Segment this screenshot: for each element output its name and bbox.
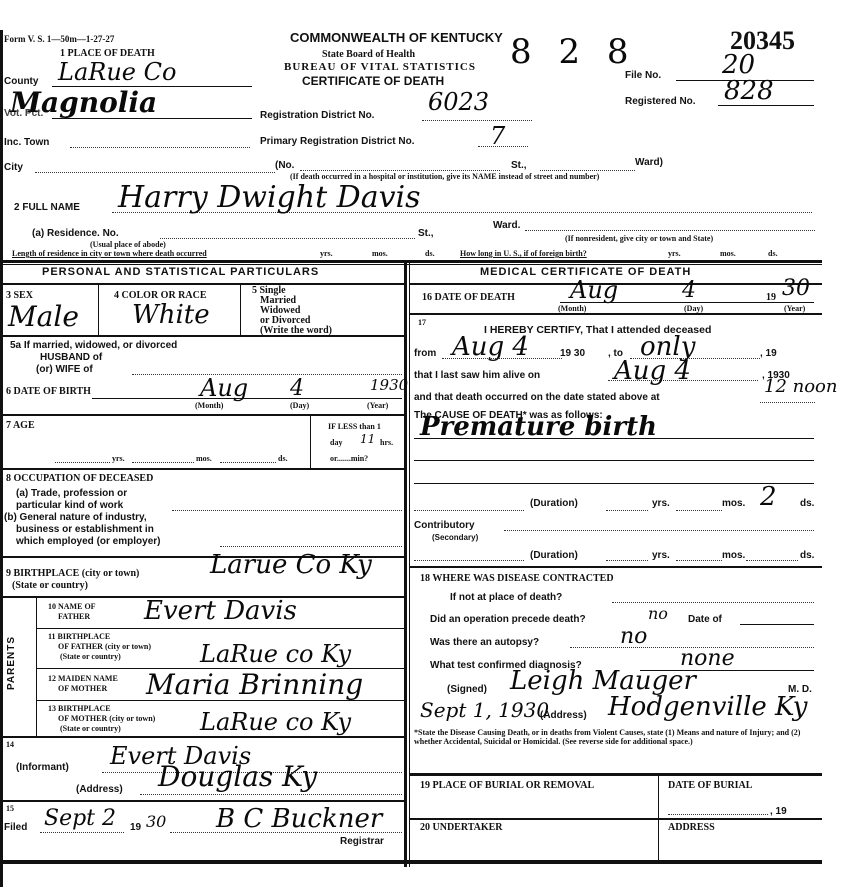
father-birthplace-label-line3: (State or country)	[60, 652, 121, 661]
filed-date-value: Sept 2	[44, 806, 116, 831]
dob-month-caption: (Month)	[195, 401, 223, 410]
race-value: White	[132, 300, 210, 330]
mother-name-label-line2: OF MOTHER	[58, 684, 107, 693]
length-of-residence-label: Length of residence in city or town wher…	[12, 249, 207, 258]
duration-yrs-label: yrs.	[652, 498, 670, 509]
attended-from-label: from	[414, 348, 436, 359]
physician-address-value: Hodgenville Ky	[608, 692, 807, 722]
secondary-duration-label: (Duration)	[530, 550, 578, 561]
age-yrs-label: yrs.	[112, 454, 125, 463]
residence-mos-label: mos.	[372, 249, 388, 258]
secondary-yrs-label: yrs.	[652, 550, 670, 561]
informant-address-value: Douglas Ky	[158, 760, 317, 793]
dob-month-value: Aug	[200, 374, 248, 402]
date-of-death-label: 16 DATE OF DEATH	[422, 292, 515, 303]
burial-year-label: , 19	[770, 806, 787, 817]
inc-town-label: Inc. Town	[4, 137, 49, 148]
birthplace-label: 9 BIRTHPLACE (city or town)	[6, 568, 139, 579]
birthplace-sub-label: (State or country)	[12, 580, 88, 591]
registration-district-value: 6023	[428, 88, 489, 116]
disease-contracted-label: 18 WHERE WAS DISEASE CONTRACTED	[420, 573, 614, 584]
signature-date: Sept 1, 1930	[420, 698, 549, 722]
dob-year-value: 1930	[370, 376, 408, 394]
spouse-label-husband: HUSBAND of	[40, 352, 102, 363]
personal-particulars-heading: PERSONAL AND STATISTICAL PARTICULARS	[42, 266, 319, 278]
father-name-value: Evert Davis	[144, 596, 297, 626]
street-label: St.,	[511, 160, 527, 171]
occupation-b-line2: business or establishment in	[16, 524, 154, 535]
mother-birthplace-label-line2: OF MOTHER (city or town)	[58, 714, 155, 723]
date-of-birth-label: 6 DATE OF BIRTH	[6, 386, 91, 397]
occupation-b-line1: (b) General nature of industry,	[4, 512, 147, 523]
operation-label: Did an operation precede death?	[430, 614, 586, 625]
foreign-birth-label: How long in U. S., if of foreign birth?	[460, 249, 587, 258]
registration-district-label: Registration District No.	[260, 110, 374, 121]
primary-district-label: Primary Registration District No.	[260, 136, 414, 147]
mother-birthplace-label-line1: 13 BIRTHPLACE	[48, 704, 111, 713]
registrar-label: Registrar	[340, 836, 384, 847]
occupation-a-line2: particular kind of work	[16, 500, 123, 511]
undertaker-label: 20 UNDERTAKER	[420, 822, 503, 833]
age-label: 7 AGE	[6, 420, 35, 431]
mother-name-label-line1: 12 MAIDEN NAME	[48, 674, 118, 683]
filed-year-value: 30	[146, 812, 166, 831]
dod-day-value: 4	[682, 278, 696, 303]
residence-label: (a) Residence. No.	[32, 228, 119, 239]
duration-value: 2	[760, 482, 777, 512]
registered-number-label: Registered No.	[625, 96, 696, 107]
not-place-of-death-label: If not at place of death?	[450, 592, 562, 603]
ward-label: Ward)	[635, 157, 663, 168]
secondary-label: (Secondary)	[432, 533, 478, 542]
bureau-name: BUREAU OF VITAL STATISTICS	[284, 61, 476, 73]
cause-of-death-value: Premature birth	[420, 412, 657, 442]
father-birthplace-value: LaRue co Ky	[200, 640, 351, 668]
sex-value: Male	[8, 300, 79, 333]
father-birthplace-label-line2: OF FATHER (city or town)	[58, 642, 151, 651]
handwritten-register-number: 8 2 8	[510, 32, 637, 72]
dod-month-caption: (Month)	[558, 304, 586, 313]
full-name-label: 2 FULL NAME	[14, 202, 80, 213]
section-17-number: 17	[418, 318, 426, 327]
residence-yrs-label: yrs.	[320, 249, 333, 258]
dod-day-caption: (Day)	[684, 304, 703, 313]
registrar-signature: B C Buckner	[216, 804, 382, 834]
less-min-label: or.......min?	[330, 454, 368, 463]
dob-year-caption: (Year)	[367, 401, 388, 410]
primary-district-value: 7	[490, 122, 505, 150]
attended-from-year: 19 30	[560, 348, 585, 359]
undertaker-address-label: ADDRESS	[668, 822, 715, 833]
secondary-ds-label: ds.	[800, 550, 814, 561]
residence-ds-label: ds.	[425, 249, 435, 258]
contributory-label: Contributory	[414, 520, 475, 531]
autopsy-label: Was there an autopsy?	[430, 637, 539, 648]
board-name: State Board of Health	[322, 49, 415, 60]
date-of-burial-label: DATE OF BURIAL	[668, 780, 752, 791]
filed-number: 15	[6, 804, 14, 813]
father-name-label-line1: 10 NAME OF	[48, 602, 96, 611]
county-value: LaRue Co	[58, 58, 176, 86]
informant-label: (Informant)	[16, 762, 69, 773]
form-number: Form V. S. 1—50m—1-27-27	[4, 34, 114, 44]
marital-status-label: 5 Single Married Widowed or Divorced (Wr…	[252, 286, 332, 336]
signed-label: (Signed)	[447, 684, 487, 695]
voting-precinct-value: Magnolia	[10, 86, 157, 119]
less-hrs-value: 11	[360, 432, 375, 446]
death-time-label: and that death occurred on the date stat…	[414, 392, 660, 403]
parents-section-label: PARENTS	[6, 636, 17, 690]
father-birthplace-label-line1: 11 BIRTHPLACE	[48, 632, 110, 641]
city-label: City	[4, 162, 23, 173]
dod-year-prefix: 19	[766, 292, 776, 303]
spouse-label-wife: (or) WIFE of	[36, 364, 93, 375]
residence-note: (Usual place of abode)	[90, 240, 166, 249]
foreign-ds-label: ds.	[768, 249, 778, 258]
nonresident-note: (If nonresident, give city or town and S…	[565, 234, 713, 243]
duration-label: (Duration)	[530, 498, 578, 509]
certificate-title: CERTIFICATE OF DEATH	[302, 74, 444, 88]
cause-footnote: *State the Disease Causing Death, or in …	[414, 728, 819, 746]
state-title: COMMONWEALTH OF KENTUCKY	[290, 30, 503, 45]
less-day-label: day	[330, 438, 342, 447]
dod-year-caption: (Year)	[784, 304, 805, 313]
mother-birthplace-value: LaRue co Ky	[200, 708, 351, 736]
occupation-label: 8 OCCUPATION OF DECEASED	[6, 473, 153, 484]
less-than-day-label: IF LESS than 1	[328, 422, 381, 431]
father-name-label-line2: FATHER	[58, 612, 90, 621]
operation-value: no	[648, 604, 668, 623]
duration-ds-label: ds.	[800, 498, 814, 509]
spouse-label-line1: 5a If married, widowed, or divorced	[10, 340, 177, 351]
registered-number-value: 828	[724, 76, 774, 106]
informant-number: 14	[6, 740, 14, 749]
mother-name-value: Maria Brinning	[146, 668, 363, 701]
physician-address-label: (Address)	[540, 710, 587, 721]
attended-to-year: , 19	[760, 348, 777, 359]
occupation-b-line3: which employed (or employer)	[16, 536, 160, 547]
death-time-value: 12 noon	[764, 376, 838, 397]
foreign-mos-label: mos.	[720, 249, 736, 258]
place-of-burial-label: 19 PLACE OF BURIAL OR REMOVAL	[420, 780, 594, 791]
birthplace-value: Larue Co Ky	[210, 550, 372, 580]
occupation-a-line1: (a) Trade, profession or	[16, 488, 127, 499]
residence-street-label: St.,	[418, 228, 434, 239]
foreign-yrs-label: yrs.	[668, 249, 681, 258]
duration-mos-label: mos.	[722, 498, 745, 509]
age-ds-label: ds.	[278, 454, 288, 463]
autopsy-value: no	[620, 624, 647, 649]
last-saw-alive-value: Aug 4	[614, 356, 691, 386]
filed-year-prefix: 19	[130, 822, 141, 833]
file-number-label: File No.	[625, 70, 661, 81]
street-number-label: (No.	[275, 160, 294, 171]
mother-birthplace-label-line3: (State or country)	[60, 724, 121, 733]
full-name-value: Harry Dwight Davis	[118, 180, 421, 215]
filed-label: Filed	[4, 822, 27, 833]
operation-date-label: Date of	[688, 614, 722, 625]
less-hrs-label: hrs.	[380, 438, 393, 447]
attended-from-value: Aug 4	[452, 332, 529, 362]
age-mos-label: mos.	[196, 454, 212, 463]
dob-day-value: 4	[290, 376, 304, 401]
dod-month-value: Aug	[570, 276, 618, 304]
dob-day-caption: (Day)	[290, 401, 309, 410]
dod-year-value: 30	[782, 276, 810, 301]
last-saw-alive-label: that I last saw him alive on	[414, 370, 540, 381]
secondary-mos-label: mos.	[722, 550, 745, 561]
informant-address-label: (Address)	[76, 784, 123, 795]
residence-ward-label: Ward.	[493, 220, 520, 231]
